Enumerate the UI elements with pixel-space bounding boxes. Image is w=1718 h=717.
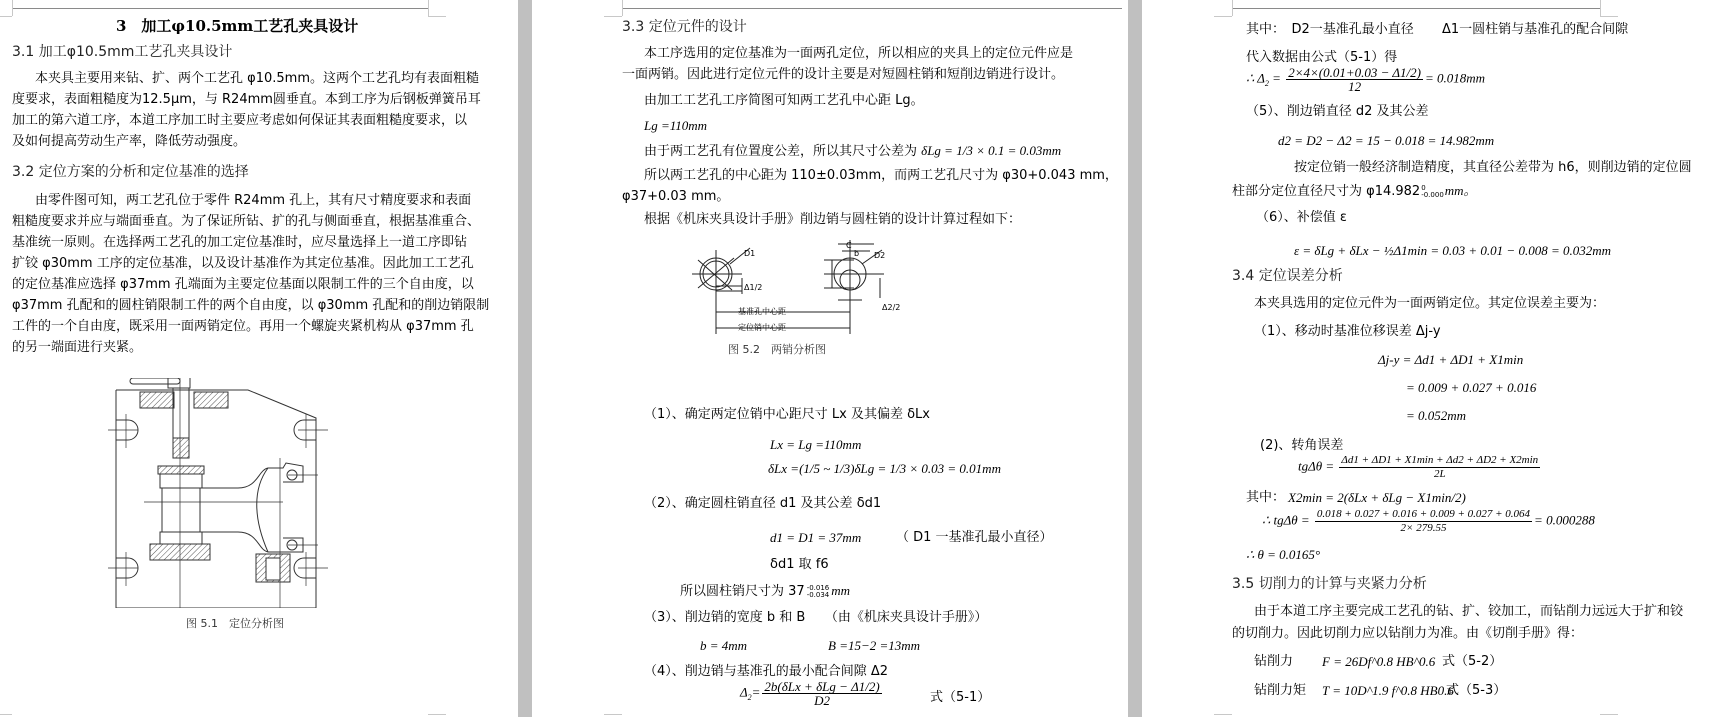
page-gap <box>518 0 532 717</box>
equation: δLx =(1/5 ~ 1/3)δLg = 1/3 × 0.03 = 0.01m… <box>768 461 1001 477</box>
step-4-heading: （4）、削边销与基准孔的最小配合间隙 Δ2 <box>644 664 888 680</box>
diagram-label-d2: D2 <box>874 248 885 264</box>
diagram-label-delta1: Δ1/2 <box>744 280 762 296</box>
margin-marker <box>1232 0 1233 16</box>
margin-marker <box>12 0 13 16</box>
figure-caption: 图 5.1 定位分析图 <box>186 616 284 632</box>
equation: ∴ θ = 0.0165° <box>1246 547 1320 563</box>
paragraph-line: 度要求，表面粗糙度为12.5μm，与 R24mm圆垂直。本到工序为后钢板弹簧吊耳 <box>12 92 481 108</box>
paragraph-line: 粗糙度要求并应与端面垂直。为了保证所钻、扩的孔与侧面垂直，根据基准重合、 <box>12 214 480 230</box>
paragraph-line: 由于两工艺孔有位置度公差，所以其尺寸公差为 δLg = 1/3 × 0.1 = … <box>644 143 1061 160</box>
tolerance: -0.016-0.034 <box>807 585 830 599</box>
equation-reference: 式（5-1） <box>930 690 990 706</box>
text: 所以圆柱销尺寸为 37 <box>680 584 805 599</box>
page-header-line <box>622 8 1122 9</box>
step-2-heading: （2）、确定圆柱销直径 d1 及其公差 δd1 <box>644 496 881 512</box>
paragraph-line: 的切削力。因此切削力应以钻削力为准。由《切削手册》得： <box>1232 626 1583 642</box>
section-heading-3-2: 3.2 定位方案的分析和定位基准的选择 <box>12 164 249 180</box>
paragraph-line: φ37mm 孔配和的圆柱销限制工件的两个自由度，以 φ30mm 孔配和的削边销限… <box>12 298 489 314</box>
section-heading-3-1: 3.1 加工φ10.5mm工艺孔夹具设计 <box>12 44 232 60</box>
margin-marker <box>1600 0 1601 16</box>
margin-marker <box>1214 714 1232 715</box>
diagram-label-delta2: Δ2/2 <box>882 300 900 316</box>
paragraph-line: 一面两销。因此进行定位元件的设计主要是对短圆柱销和短削边销进行设计。 <box>622 67 1064 83</box>
equation: F = 26Df^0.8 HB^0.6 <box>1322 654 1435 670</box>
margin-marker <box>1600 16 1618 17</box>
margin-marker <box>428 714 446 715</box>
diagram-label-b: b <box>854 246 859 262</box>
equation: d1 = D1 = 37mm <box>770 530 861 546</box>
paragraph-line: 及如何提高劳动生产率，降低劳动强度。 <box>12 134 246 150</box>
equation: X2min = 2(δLx + δLg − X1min/2) <box>1288 490 1466 506</box>
equation: T = 10D^1.9 f^0.8 HB0.6 <box>1322 683 1454 699</box>
paragraph-line: 所以圆柱销尺寸为 37-0.016-0.034mm <box>680 583 850 600</box>
page-gap <box>1128 0 1142 717</box>
section-heading-3-4: 3.4 定位误差分析 <box>1232 268 1343 284</box>
equation: Δ2=2b(δLx + δLg − Δ1/2)D2 <box>740 680 884 707</box>
section-heading-3-5: 3.5 切削力的计算与夹紧力分析 <box>1232 576 1427 592</box>
paragraph-line: 加工的第六道工序，本道工序加工时主要应考虑如何保证其表面粗糙度要求，以 <box>12 113 467 129</box>
equation: δLg = 1/3 × 0.1 = 0.03mm <box>921 143 1061 158</box>
equation: tgΔθ = Δd1 + ΔD1 + X1min + Δd2 + ΔD2 + X… <box>1298 454 1542 481</box>
step-6-heading: （6）、补偿值 ε <box>1256 210 1347 226</box>
paragraph-line: 本工序选用的定位基准为一面两孔定位，所以相应的夹具上的定位元件应是 <box>644 46 1073 62</box>
equation: b = 4mm <box>700 638 747 654</box>
equation-note: （ D1 一基准孔最小直径） <box>896 530 1053 546</box>
error-1-heading: （1）、移动时基准位移误差 Δj-y <box>1254 324 1441 340</box>
paragraph-line: 代入数据由公式（5-1）得 <box>1246 50 1397 66</box>
paragraph-line: 基准统一原则。在选择两工艺孔的加工定位基准时，应尽量选择上一道工序即钻 <box>12 235 467 251</box>
chapter-title: 3 加工φ10.5mm工艺孔夹具设计 <box>116 18 358 34</box>
error-2-heading: (2)、转角误差 <box>1260 438 1343 454</box>
margin-marker <box>1600 714 1618 715</box>
equation-reference: 式（5-3） <box>1446 683 1506 699</box>
margin-marker <box>604 714 622 715</box>
where-label: 其中： <box>1246 490 1285 506</box>
equation: = 0.052mm <box>1406 408 1466 424</box>
fixture-drawing <box>108 378 358 608</box>
force-label: 钻削力 <box>1254 654 1293 670</box>
section-heading-3-3: 3.3 定位元件的设计 <box>622 19 747 35</box>
equation: Δj-y = Δd1 + ΔD1 + X1min <box>1378 352 1523 368</box>
equation: ∴ tgΔθ = 0.018 + 0.027 + 0.016 + 0.009 +… <box>1262 508 1595 535</box>
paragraph-line: φ37+0.03 mm。 <box>622 189 729 205</box>
figure-caption: 图 5.2 两销分析图 <box>728 342 826 358</box>
step-5-heading: （5）、削边销直径 d2 及其公差 <box>1246 104 1429 120</box>
paragraph-line: 的定位基准应选择 φ37mm 孔端面为主要定位基面以限制工件的三个自由度，以 <box>12 277 474 293</box>
equation: Lg =110mm <box>644 118 707 134</box>
paragraph-line: 按定位销一般经济制造精度，其直径公差带为 h6，则削边销的定位圆 <box>1294 160 1692 176</box>
equation: d2 = D2 − Δ2 = 15 − 0.018 = 14.982mm <box>1278 133 1494 149</box>
document-page-1: 3 加工φ10.5mm工艺孔夹具设计 3.1 加工φ10.5mm工艺孔夹具设计 … <box>0 0 518 717</box>
paragraph-line: 所以两工艺孔的中心距为 110±0.03mm，而两工艺孔尺寸为 φ30+0.04… <box>644 168 1118 184</box>
diagram-label-d1: D1 <box>744 246 755 262</box>
paragraph-line: 由零件图可知，两工艺孔位于零件 R24mm 孔上，其有尺寸精度要求和表面 <box>35 193 471 209</box>
paragraph-line: 的另一端面进行夹紧。 <box>12 340 142 356</box>
paragraph-line: 由于本道工序主要完成工艺孔的钻、扩、铰加工，而钻削力远远大于扩和铰 <box>1254 604 1683 620</box>
document-page-2: 3.3 定位元件的设计 本工序选用的定位基准为一面两孔定位，所以相应的夹具上的定… <box>532 0 1128 717</box>
tolerance: 0-0.000 <box>1421 185 1444 199</box>
equation: δd1 取 f6 <box>770 557 829 573</box>
text: 由于两工艺孔有位置度公差，所以其尺寸公差为 <box>644 144 917 159</box>
equation-reference: 式（5-2） <box>1442 654 1502 670</box>
page-header-line <box>12 8 428 9</box>
equation: B =15−2 =13mm <box>828 638 920 654</box>
paragraph-line: 根据《机床夹具设计手册》削边销与圆柱销的设计计算过程如下： <box>644 212 1021 228</box>
margin-marker <box>428 16 446 17</box>
diagram-label-hole-distance: 基准孔中心距 <box>738 304 786 320</box>
page-header-line <box>1232 8 1600 9</box>
paragraph-line: 扩铰 φ30mm 工序的定位基准，以及设计基准作为其定位基准。因此加工工艺孔 <box>12 256 474 272</box>
paragraph-line: 柱部分定位直径尺寸为 φ14.9820-0.000mm。 <box>1232 183 1477 200</box>
paragraph-line: 本夹具主要用来钻、扩、两个工艺孔 φ10.5mm。这两个工艺孔均有表面粗糙 <box>35 71 479 87</box>
paragraph-line: 本夹具选用的定位元件为一面两销定位。其定位误差主要为： <box>1254 296 1605 312</box>
document-page-3: 其中： D2一基准孔最小直径 Δ1一圆柱销与基准孔的配合间隙 代入数据由公式（5… <box>1142 0 1718 717</box>
diagram-label-c: C <box>846 238 852 254</box>
equation: Lx = Lg =110mm <box>770 437 861 453</box>
margin-marker <box>622 0 623 16</box>
equation: ε = δLg + δLx − ½Δ1min = 0.03 + 0.01 − 0… <box>1294 243 1611 259</box>
margin-marker <box>0 714 12 715</box>
paragraph-line: 由加工工艺孔工序简图可知两工艺孔中心距 Lg。 <box>644 93 924 109</box>
margin-marker <box>1214 16 1232 17</box>
margin-marker <box>604 16 622 17</box>
equation: = 0.009 + 0.027 + 0.016 <box>1406 380 1536 396</box>
where-line: 其中： D2一基准孔最小直径 <box>1246 22 1414 38</box>
step-3-heading: （3）、削边销的宽度 b 和 B （由《机床夹具设计手册》） <box>644 610 987 626</box>
paragraph-line: 工件的一个自由度，既采用一面两销定位。再用一个螺旋夹紧机构从 φ37mm 孔 <box>12 319 474 335</box>
step-1-heading: （1）、确定两定位销中心距尺寸 Lx 及其偏差 δLx <box>644 407 930 423</box>
margin-marker <box>428 0 429 16</box>
margin-marker <box>0 16 12 17</box>
where-line: Δ1一圆柱销与基准孔的配合间隙 <box>1442 22 1628 38</box>
diagram-label-pin-distance: 定位销中心距 <box>738 320 786 336</box>
torque-label: 钻削力矩 <box>1254 683 1306 699</box>
equation: ∴ Δ2 = 2×4×(0.01+0.03 − Δ1/2)12= 0.018mm <box>1246 66 1485 93</box>
